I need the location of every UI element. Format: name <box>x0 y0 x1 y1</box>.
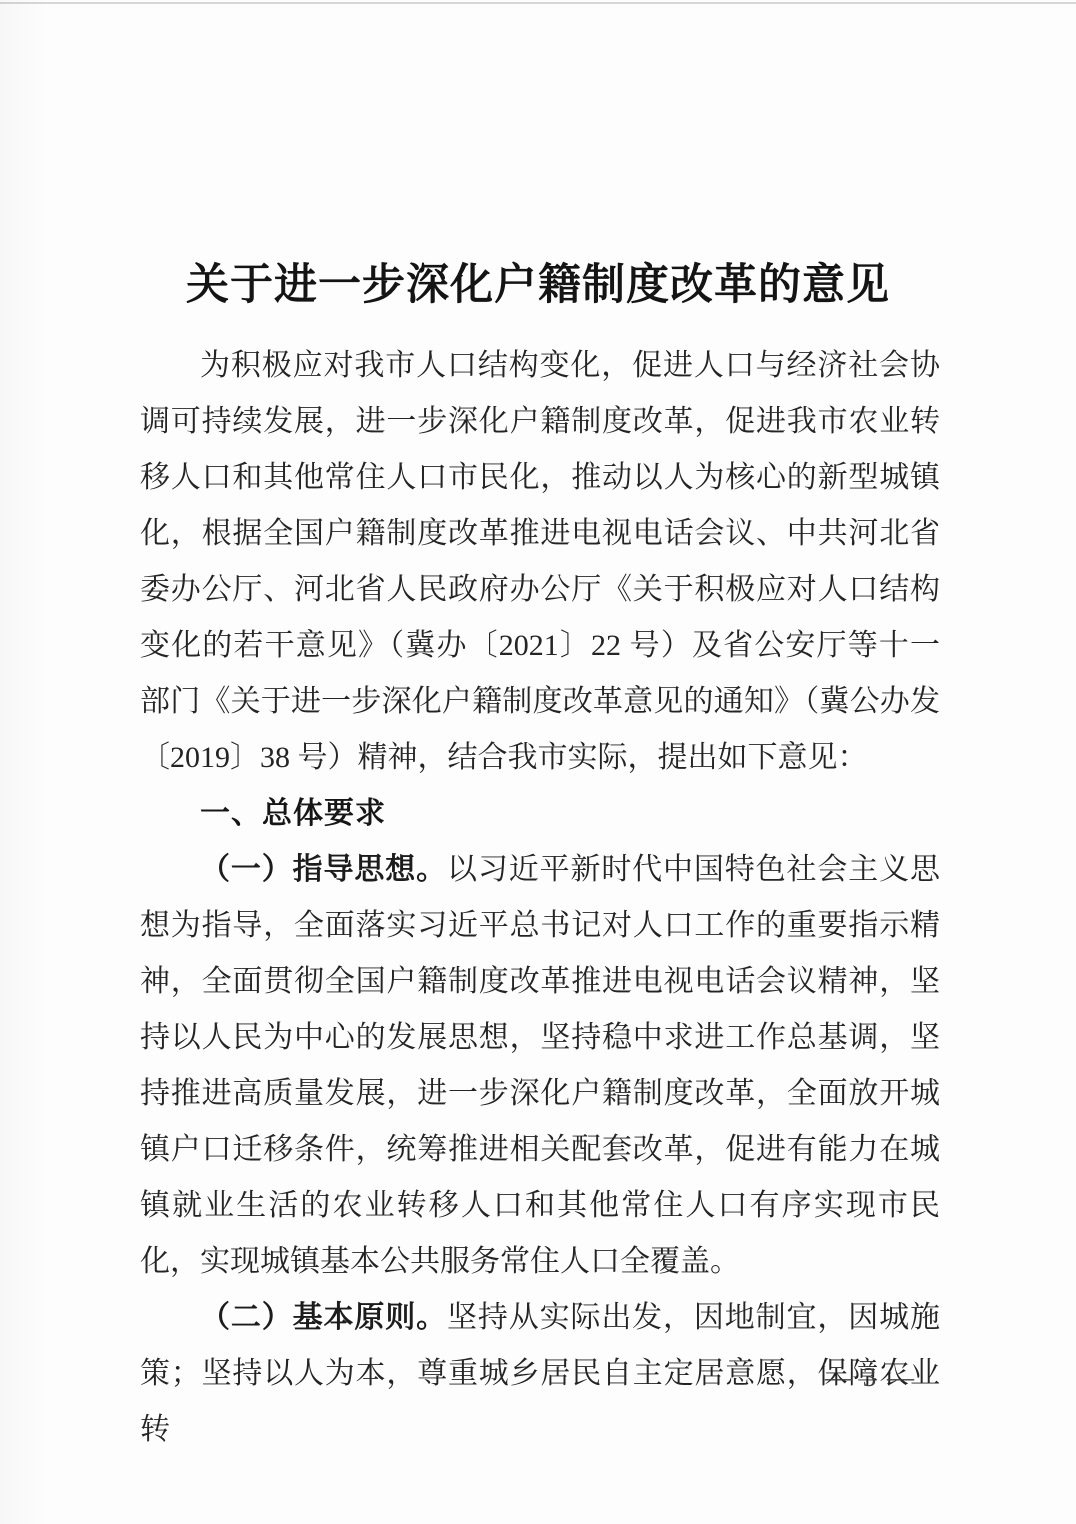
item-1-lead: （一）指导思想。 <box>200 853 447 886</box>
document-page: 关于进一步深化户籍制度改革的意见 为积极应对我市人口结构变化，促进人口与经济社会… <box>0 0 1076 1524</box>
item-2-lead: （二）基本原则。 <box>200 1301 447 1334</box>
intro-paragraph: 为积极应对我市人口结构变化，促进人口与经济社会协调可持续发展，进一步深化户籍制度… <box>140 338 940 786</box>
scan-top-edge-line <box>0 2 1076 4</box>
item-1-paragraph: （一）指导思想。以习近平新时代中国特色社会主义思想为指导，全面落实习近平总书记对… <box>140 842 940 1290</box>
item-2-paragraph: （二）基本原则。坚持从实际出发，因地制宜，因城施策；坚持以人为本，尊重城乡居民自… <box>140 1290 940 1458</box>
scan-left-edge-shading <box>0 0 48 1524</box>
document-title: 关于进一步深化户籍制度改革的意见 <box>0 251 1076 312</box>
section-1-heading: 一、总体要求 <box>140 786 940 842</box>
page-number: — 3 — <box>825 1362 916 1393</box>
document-body: 为积极应对我市人口结构变化，促进人口与经济社会协调可持续发展，进一步深化户籍制度… <box>140 338 940 1458</box>
item-1-text: 以习近平新时代中国特色社会主义思想为指导，全面落实习近平总书记对人口工作的重要指… <box>140 853 940 1278</box>
